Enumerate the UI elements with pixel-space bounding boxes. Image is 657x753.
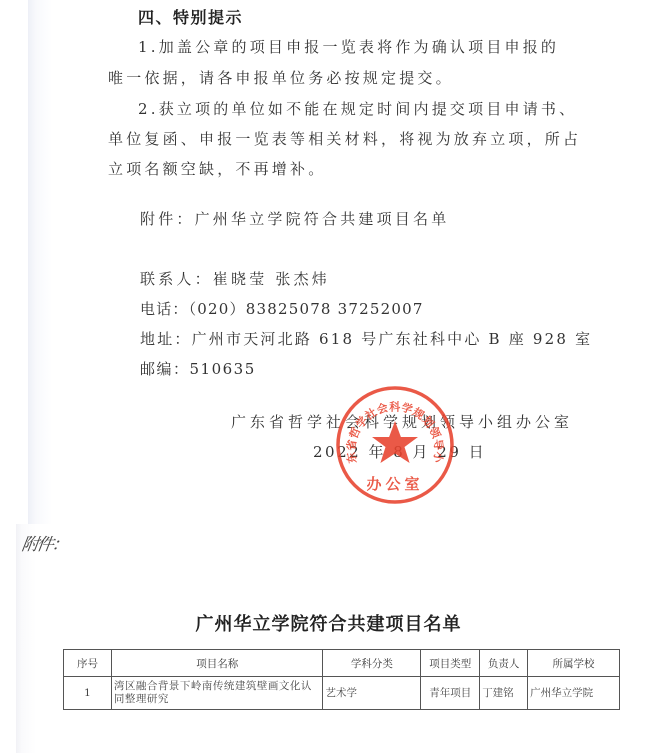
attachment-reference: 附件：广州华立学院符合共建项目名单 (140, 208, 449, 229)
paragraph-2-line-3: 立项名额空缺，不再增补。 (108, 158, 326, 179)
paragraph-2-line-1: 2.获立项的单位如不能在规定时间内提交项目申请书、 (138, 98, 577, 119)
header-project-name: 项目名称 (111, 650, 323, 677)
project-list-title: 广州华立学院符合共建项目名单 (0, 610, 657, 636)
paragraph-1-line-2: 唯一依据，请各申报单位务必按规定提交。 (108, 67, 454, 88)
section-heading: 四、特别提示 (138, 5, 243, 28)
contact-phone: 电话：（020）83825078 37252007 (140, 298, 424, 319)
header-school: 所属学校 (528, 650, 620, 677)
cell-project-name: 湾区融合背景下岭南传统建筑壁画文化认同整理研究 (111, 677, 323, 710)
contact-postcode: 邮编：510635 (140, 358, 256, 379)
cell-project-type: 青年项目 (421, 677, 480, 710)
cell-school: 广州华立学院 (528, 677, 620, 710)
project-list-table: 序号 项目名称 学科分类 项目类型 负责人 所属学校 1 湾区融合背景下岭南传统… (63, 649, 620, 710)
table-row: 1 湾区融合背景下岭南传统建筑壁画文化认同整理研究 艺术学 青年项目 丁建铭 广… (64, 677, 620, 710)
paragraph-1-line-1: 1.加盖公章的项目申报一览表将作为确认项目申报的 (138, 36, 559, 57)
cell-index: 1 (64, 677, 112, 710)
header-project-type: 项目类型 (421, 650, 480, 677)
header-discipline: 学科分类 (323, 650, 421, 677)
header-principal: 负责人 (480, 650, 528, 677)
cell-discipline: 艺术学 (323, 677, 421, 710)
table-header-row: 序号 项目名称 学科分类 项目类型 负责人 所属学校 (64, 650, 620, 677)
handwritten-attachment-label: 附件： (20, 530, 69, 555)
contact-address: 地址：广州市天河北路 618 号广东社科中心 B 座 928 室 (140, 328, 592, 349)
stamp-center-text: 办公室 (366, 475, 423, 493)
paragraph-2-line-2: 单位复函、申报一览表等相关材料，将视为放弃立项，所占 (108, 128, 581, 149)
cell-principal: 丁建铭 (480, 677, 528, 710)
contact-person: 联系人：崔晓莹 张杰炜 (140, 268, 330, 289)
official-seal-icon: 广东省哲学社会科学规划领导小组 办公室 (335, 385, 455, 505)
header-index: 序号 (64, 650, 112, 677)
document-page-2 (16, 524, 657, 753)
